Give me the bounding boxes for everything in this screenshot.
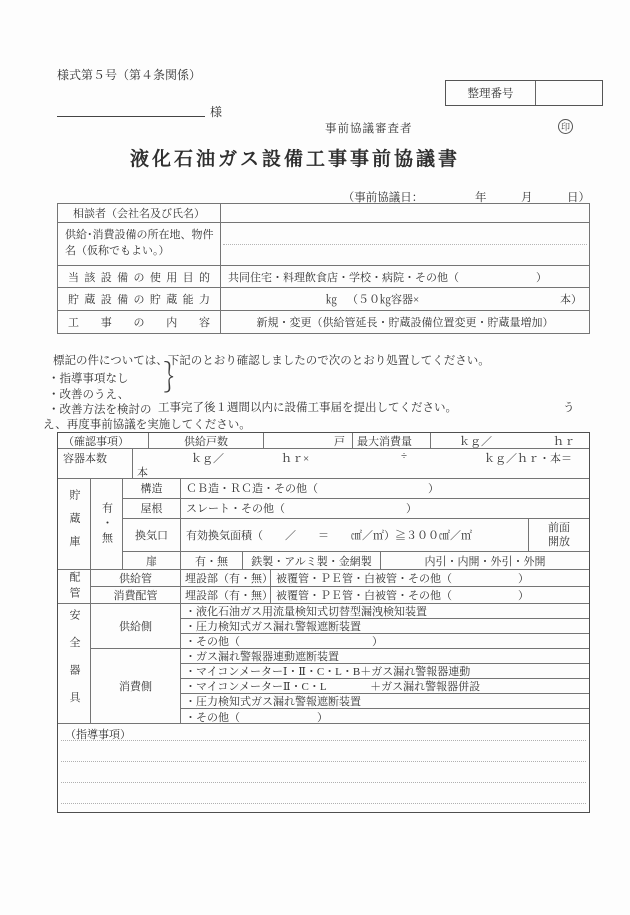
guidance-writing-line (61, 782, 586, 783)
table-row: 貯蔵設備の貯蔵能力 ㎏ （５０㎏容器× 本） (58, 288, 590, 311)
list-item: ・圧力検知式ガス漏れ警報遮断装置 (181, 694, 589, 709)
safety-side-cell: 安全器具 (58, 604, 91, 723)
formula-unit: 本 (137, 464, 148, 480)
location-label: 供給･消費設備の所在地、物件名（仮称でもよい。） (58, 223, 221, 266)
supply-pipe-label: 供給管 (91, 570, 181, 586)
safety-block: 安全器具 供給側 消費側 ・液化石油ガス用流量検知式切替型漏洩検知装置 ・圧力検… (58, 604, 589, 724)
check-items-label: （確認事項） (58, 433, 149, 448)
piping-side-label: 配管 (66, 571, 82, 603)
reference-number-box: 整理番号 (445, 80, 603, 106)
supply-pipe-type: 被覆管・ＰＥ管・白被管・その他（ ） (271, 570, 589, 586)
front-open-note: 前面 開放 (529, 519, 589, 552)
consultant-value (221, 204, 590, 223)
notice-last-line: え、再度事前協議を実施してください。 (43, 416, 251, 432)
guidance-writing-line (61, 803, 586, 804)
guidance-block: （指導事項） (58, 724, 589, 812)
purpose-label: 当該設備の使用目的 (58, 266, 221, 288)
capacity-detail: （５０㎏容器× (347, 291, 419, 307)
table-row: 相談者（会社名及び氏名） (58, 204, 590, 223)
structure-value: ＣＢ造・ＲＣ造・その他（ ） (181, 479, 589, 498)
guidance-writing-line (61, 761, 586, 762)
notice-line1: 標記の件については、下記のとおり確認しましたので次のとおり処置してください。 (53, 352, 490, 368)
purpose-value: 共同住宅・料理飲食店・学校・病院・その他（ ） (221, 266, 590, 288)
consume-side-label: 消費側 (91, 649, 180, 723)
reviewer-label: 事前協議審査者 (325, 120, 413, 136)
list-item: ・マイコンメーターⅠ・Ⅱ・C・L・B＋ガス漏れ警報器連動 (181, 664, 589, 679)
notice-bullet-reconsider: ・改善方法を検討の (48, 401, 152, 417)
table-row: 当該設備の使用目的 共同住宅・料理飲食店・学校・病院・その他（ ） (58, 266, 590, 288)
supply-households-label: 供給戸数 (149, 433, 264, 448)
roof-value: スレート・その他（ ） (181, 499, 589, 518)
table-row: 構造 ＣＢ造・ＲＣ造・その他（ ） (123, 479, 589, 499)
list-item: ・液化石油ガス用流量検知式切替型漏洩検知装置 (181, 604, 589, 619)
check-table: （確認事項） 供給戸数 戸 最大消費量 ｋｇ／ ｈｒ 容器本数 ｋｇ／ ｈｒ× … (57, 432, 590, 813)
door-presence: 有・無 (181, 552, 243, 569)
door-label: 扉 (123, 552, 181, 569)
storage-side-cell: 貯蔵庫 (58, 479, 91, 569)
addressee-underline (57, 116, 205, 117)
max-consumption-label: 最大消費量 (353, 433, 431, 448)
safety-side-label: 安全器具 (66, 609, 82, 719)
front-open-line1: 前面 (548, 521, 570, 535)
addressee-suffix: 様 (210, 103, 222, 120)
roof-label: 屋根 (123, 499, 181, 518)
door-material: 鉄製・アルミ製・金網製 (243, 552, 381, 569)
seal-icon: 印 (558, 119, 573, 134)
dotted-writing-line (223, 244, 587, 245)
list-item: ・ガス漏れ警報器連動遮断装置 (181, 649, 589, 664)
form-number: 様式第５号（第４条関係） (57, 66, 201, 83)
container-count-row: 容器本数 ｋｇ／ ｈｒ× ÷ ｋｇ／ｈｒ・本＝ 本 (58, 449, 589, 479)
location-value (221, 223, 590, 266)
piping-side-cell: 配管 (58, 570, 91, 603)
table-row: 工事の内容 新規・変更（供給管延長・貯蔵設備位置変更・貯蔵量増加） (58, 311, 590, 334)
consume-pipe-type: 被覆管・ＰＥ管・白被管・その他（ ） (271, 587, 589, 603)
table-row: 換気口 有効換気面積（ ／ ＝ ㎠／㎡）≧３００㎠／㎡ 前面 開放 (123, 519, 589, 553)
capacity-unit: ㎏ (326, 291, 337, 307)
page: { "colors": {"background": "#fdfdfd", "t… (0, 0, 630, 915)
formula-kg: ｋｇ／ (191, 450, 224, 466)
guidance-writing-line (61, 740, 586, 741)
notice-bullet-improve: ・改善のうえ、 (48, 386, 129, 402)
table-row: 屋根 スレート・その他（ ） (123, 499, 589, 519)
formula-divide: ÷ (401, 450, 407, 462)
page-title: 液化石油ガス設備工事事前協議書 (0, 144, 590, 171)
storage-side-label: 貯蔵庫 (66, 489, 82, 558)
notice-inline-note: 工事完了後１週間以内に設備工事届を提出してください。 (158, 399, 457, 415)
list-item: ・その他（ ） (181, 709, 589, 724)
storage-presence-cell: 有・無 (91, 479, 123, 569)
unit-hr: ｈｒ (553, 433, 575, 449)
storage-rows: 構造 ＣＢ造・ＲＣ造・その他（ ） 屋根 スレート・その他（ ） 換気口 有効換… (123, 479, 589, 569)
reference-number-value (536, 81, 602, 105)
capacity-value: ㎏ （５０㎏容器× 本） (221, 288, 590, 311)
container-formula-cell: ｋｇ／ ｈｒ× ÷ ｋｇ／ｈｒ・本＝ 本 (133, 449, 589, 478)
formula-equals: ｋｇ／ｈｒ・本＝ (484, 450, 572, 466)
list-item: ・その他（ ） (181, 634, 589, 649)
info-table: 相談者（会社名及び氏名） 供給･消費設備の所在地、物件名（仮称でもよい。） 当該… (57, 203, 590, 334)
vent-value: 有効換気面積（ ／ ＝ ㎠／㎡）≧３００㎠／㎡ (181, 519, 529, 552)
unit-kg-per: ｋｇ／ (459, 433, 492, 449)
container-count-label: 容器本数 (58, 449, 133, 478)
table-row: 扉 有・無 鉄製・アルミ製・金網製 内引・内開・外引・外開 (123, 552, 589, 569)
formula-hr: ｈｒ× (281, 450, 309, 466)
supply-side-label: 供給側 (91, 604, 180, 649)
consultant-label: 相談者（会社名及び氏名） (58, 204, 221, 223)
door-opening-type: 内引・内開・外引・外開 (381, 552, 589, 569)
storage-presence: 有・無 (99, 502, 115, 547)
table-row: 供給･消費設備の所在地、物件名（仮称でもよい。） (58, 223, 590, 266)
notice-stray-char: う (563, 399, 575, 415)
storage-block: 貯蔵庫 有・無 構造 ＣＢ造・ＲＣ造・その他（ ） 屋根 スレート・その他（ ）… (58, 479, 589, 570)
supply-pipe-buried: 埋設部（有・無） (181, 570, 271, 586)
safety-mid-col: 供給側 消費側 (91, 604, 181, 723)
notice-bullet-no-guidance: ・指導事項なし (48, 370, 129, 386)
check-header-row: （確認事項） 供給戸数 戸 最大消費量 ｋｇ／ ｈｒ (58, 433, 589, 449)
work-content-value: 新規・変更（供給管延長・貯蔵設備位置変更・貯蔵量増加） (221, 311, 590, 334)
households-unit: 戸 (264, 433, 353, 448)
consume-pipe-buried: 埋設部（有・無） (181, 587, 271, 603)
capacity-label: 貯蔵設備の貯蔵能力 (58, 288, 221, 311)
table-row: 供給管 埋設部（有・無） 被覆管・ＰＥ管・白被管・その他（ ） (91, 570, 589, 587)
list-item: ・圧力検知式ガス漏れ警報遮断装置 (181, 619, 589, 634)
vent-label: 換気口 (123, 519, 181, 552)
safety-items: ・液化石油ガス用流量検知式切替型漏洩検知装置 ・圧力検知式ガス漏れ警報遮断装置 … (181, 604, 589, 723)
structure-label: 構造 (123, 479, 181, 498)
table-row: 消費配管 埋設部（有・無） 被覆管・ＰＥ管・白被管・その他（ ） (91, 587, 589, 603)
front-open-line2: 開放 (548, 535, 570, 549)
work-content-label: 工事の内容 (58, 311, 221, 334)
piping-rows: 供給管 埋設部（有・無） 被覆管・ＰＥ管・白被管・その他（ ） 消費配管 埋設部… (91, 570, 589, 603)
piping-block: 配管 供給管 埋設部（有・無） 被覆管・ＰＥ管・白被管・その他（ ） 消費配管 … (58, 570, 589, 604)
list-item: ・マイコンメーターⅡ・C・L ＋ガス漏れ警報器併設 (181, 679, 589, 694)
consume-pipe-label: 消費配管 (91, 587, 181, 603)
reference-number-label: 整理番号 (446, 81, 536, 105)
consumption-unit-cell: ｋｇ／ ｈｒ (431, 433, 589, 448)
brace-glyph: ｝ (164, 362, 187, 396)
capacity-tail: 本） (560, 291, 582, 307)
